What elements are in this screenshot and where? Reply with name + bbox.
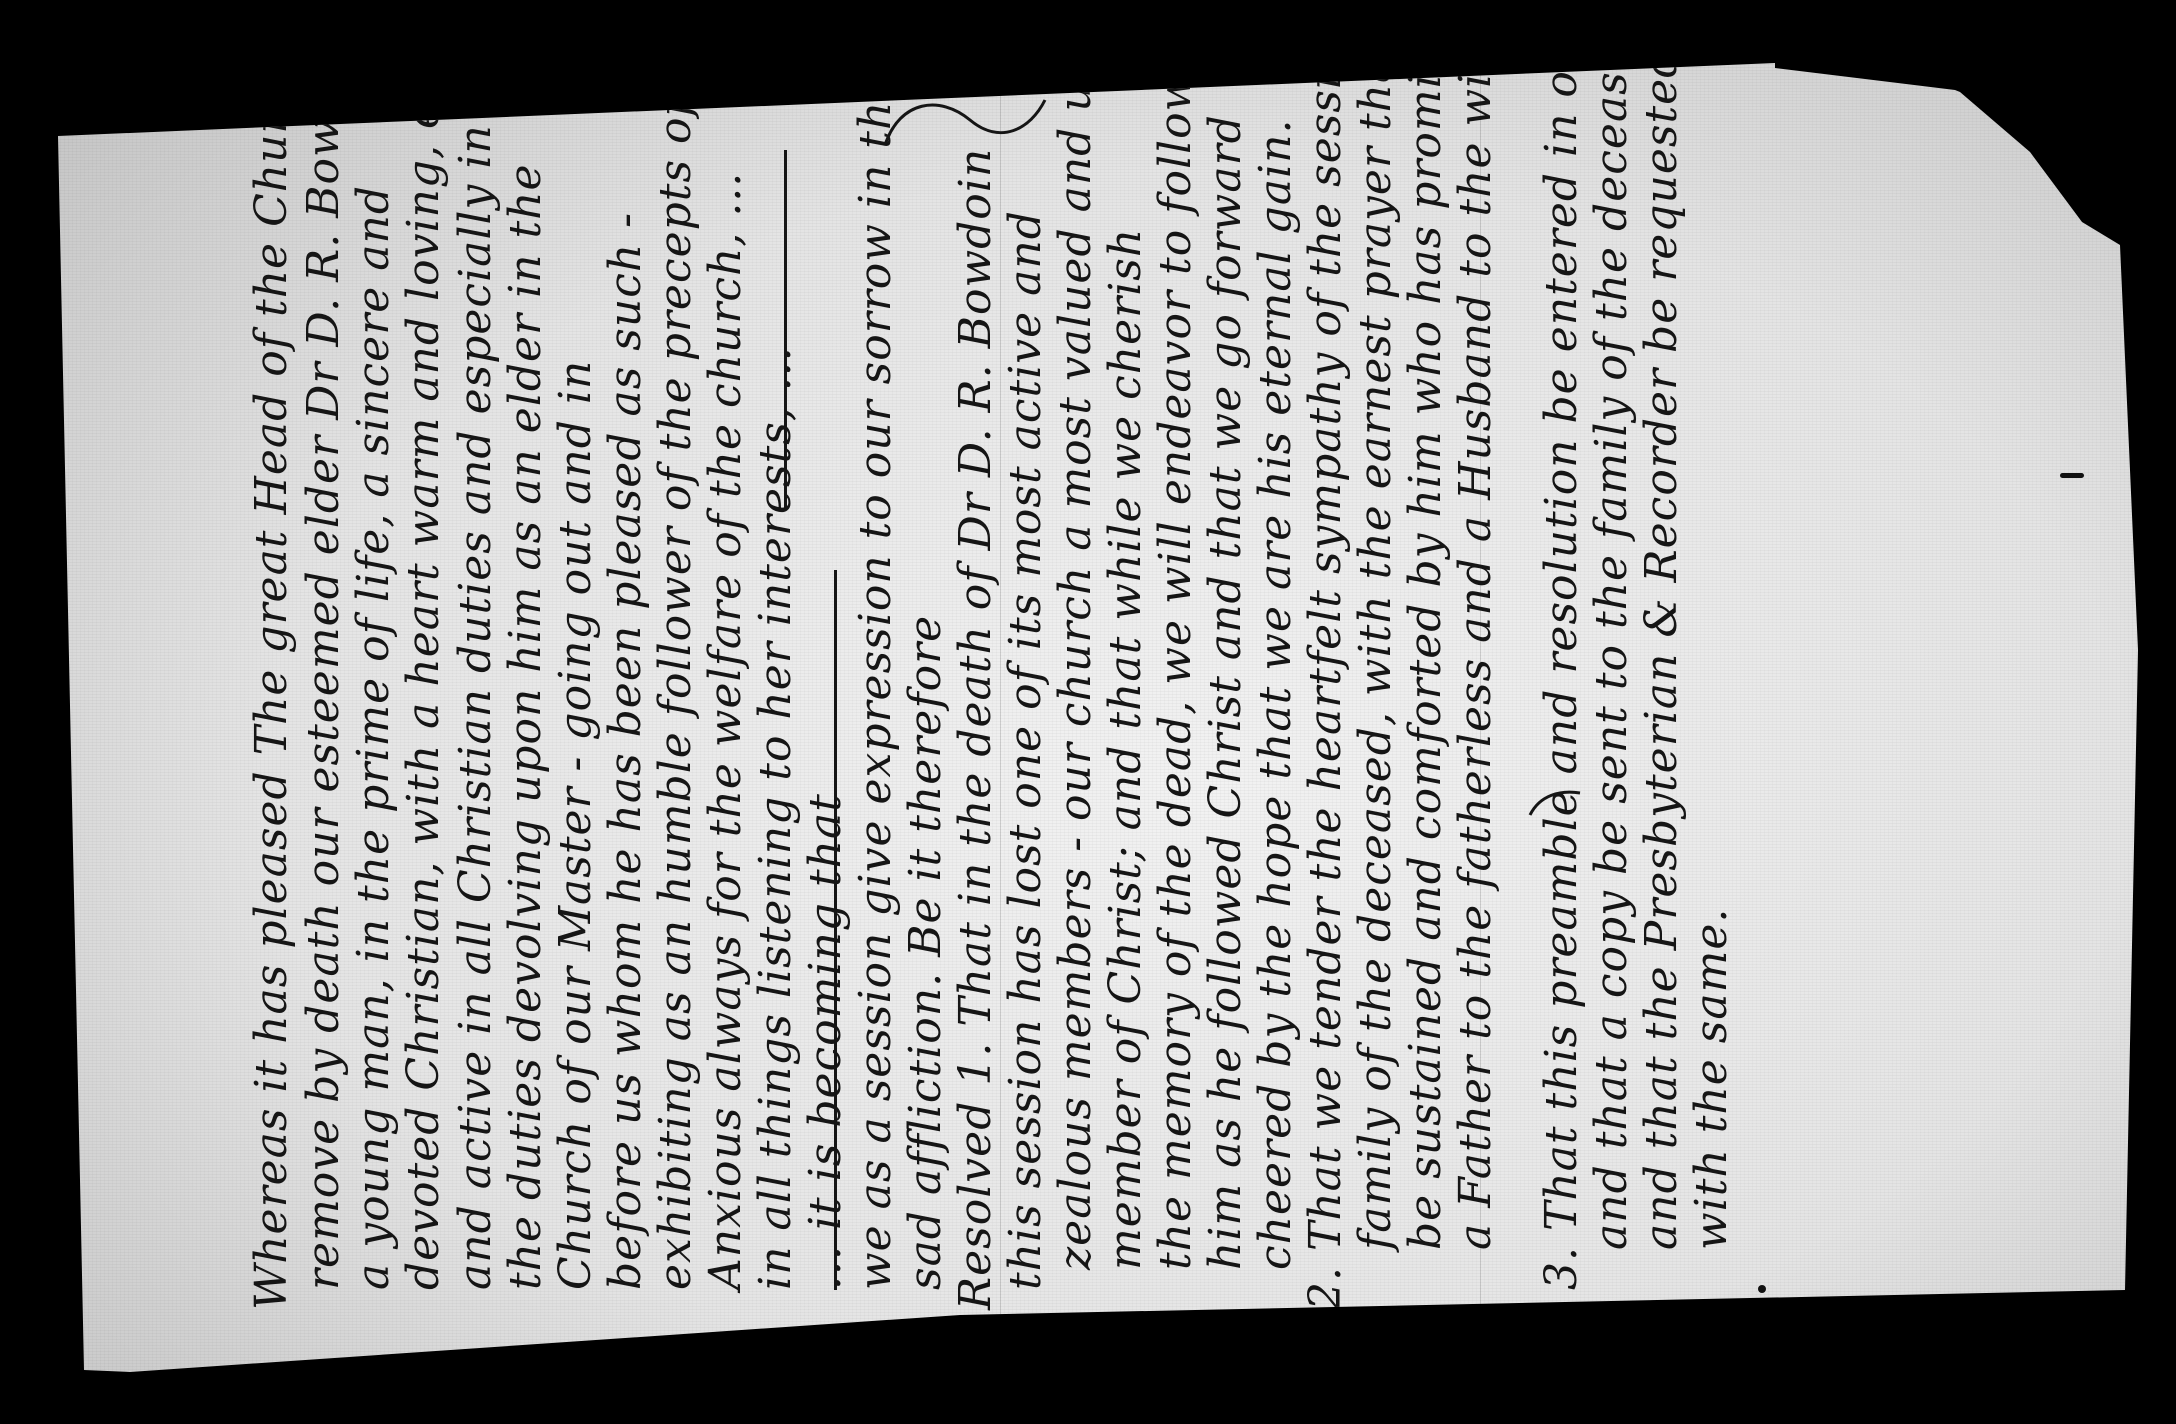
scanned-page: Whereas it has pleased The great Head of… bbox=[0, 0, 2176, 1424]
text-line: this session has lost one of its most ac… bbox=[1004, 210, 1048, 1290]
underline-stroke bbox=[784, 150, 787, 510]
text-line: Resolved 1. That in the death of Dr D. R… bbox=[954, 148, 998, 1310]
pen-stroke bbox=[880, 95, 1050, 155]
text-line: with the same. bbox=[1690, 908, 1734, 1250]
underline-stroke bbox=[834, 570, 837, 1290]
text-line: member of Christ; and that while we cher… bbox=[1104, 228, 1148, 1270]
text-line: in all things listening to her interests… bbox=[754, 346, 798, 1290]
text-line: devoted Christian, with a heart warm and… bbox=[402, 0, 446, 1290]
text-line: sad affliction. Be it therefore bbox=[904, 615, 948, 1290]
pen-mark bbox=[1525, 785, 1585, 825]
text-line: the duties devolving upon him as an elde… bbox=[504, 163, 548, 1290]
text-line: before us whom he has been pleased as su… bbox=[604, 212, 648, 1290]
text-line: be sustained and comforted by him who ha… bbox=[1404, 0, 1448, 1250]
text-line: cheered by the hope that we are his eter… bbox=[1254, 119, 1298, 1270]
text-line: 3. That this preamble and resolution be … bbox=[1540, 0, 1584, 1290]
text-line: and that a copy be sent to the family of… bbox=[1590, 15, 1634, 1250]
handwritten-text: Whereas it has pleased The great Head of… bbox=[250, 80, 1810, 1330]
text-line: a young man, in the prime of life, a sin… bbox=[352, 185, 396, 1290]
text-line: the memory of the dead, we will endeavor… bbox=[1154, 73, 1198, 1270]
text-line: zealous members - our church a most valu… bbox=[1054, 0, 1098, 1270]
text-line: ... it is becoming that bbox=[804, 793, 848, 1290]
text-line: we as a session give expression to our s… bbox=[854, 62, 898, 1290]
ink-spot bbox=[1725, 1300, 1731, 1314]
text-line: him as he followed Christ and that we go… bbox=[1204, 114, 1248, 1270]
ink-spot bbox=[2060, 473, 2084, 478]
text-line: a Father to the fatherless and a Husband… bbox=[1454, 0, 1498, 1250]
text-line: Whereas it has pleased The great Head of… bbox=[250, 0, 294, 1310]
text-line: Church of our Master - going out and in bbox=[554, 360, 598, 1290]
text-line: remove by death our esteemed elder Dr D.… bbox=[302, 2, 346, 1290]
ink-spot bbox=[1758, 1285, 1766, 1293]
text-line: and active in all Christian duties and e… bbox=[454, 124, 498, 1290]
text-line: Anxious always for the welfare of the ch… bbox=[704, 172, 748, 1290]
text-line: family of the deceased, with the earnest… bbox=[1354, 0, 1398, 1250]
text-line: exhibiting as an humble follower of the … bbox=[654, 0, 698, 1290]
text-line: 2. That we tender the heartfelt sympathy… bbox=[1304, 0, 1348, 1310]
text-line: and that the Presbyterian & Recorder be … bbox=[1640, 0, 1684, 1250]
